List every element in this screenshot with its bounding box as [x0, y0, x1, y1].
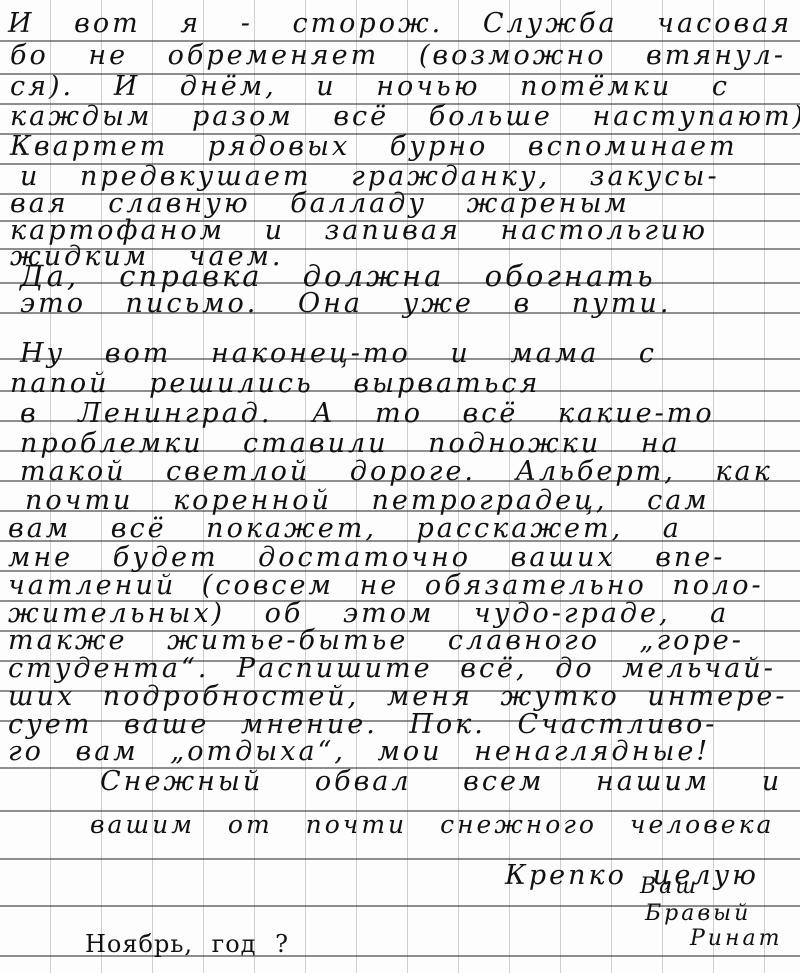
text-line: вам всё покажет, расскажет, а — [8, 515, 682, 542]
text-line: в Ленинград. А то всё какие-то — [20, 400, 715, 427]
text-line: чатлений (совсем не обязательно поло- — [8, 572, 764, 599]
text-line: Ну вот наконец-то и мама с — [20, 340, 657, 367]
date: Ноябрь, год ? — [85, 932, 289, 956]
text-line: также житье-бытье славного „горе- — [8, 627, 744, 654]
text-line: вашим от почти снежного человека — [90, 812, 774, 837]
text-line: Квартет рядовых бурно вспоминает — [10, 133, 738, 160]
signature-line: Ваш — [640, 876, 699, 898]
text-line: такой светлой дороге. Альберт, как — [20, 458, 773, 485]
text-line: бо не обременяет (возможно втянул- — [10, 42, 786, 69]
signature-line: Бравый — [645, 903, 751, 925]
text-line: сует ваше мнение. Пок. Счастливо- — [8, 711, 717, 738]
text-line: ших подробностей, меня жутко интере- — [8, 683, 788, 710]
lined-paper-background: И вот я - сторож. Служба часовая осо- бо… — [0, 0, 800, 973]
text-line: папой решились вырваться — [10, 370, 540, 397]
text-line: мне будет достаточно ваших впе- — [8, 544, 725, 571]
closing: Крепко целую — [505, 862, 759, 889]
text-line: вая славную балладу жареным — [10, 190, 630, 217]
text-line: студента“. Распишите всё, до мельчай- — [8, 655, 776, 682]
text-line: проблемки ставили подножки на — [20, 430, 681, 457]
text-line: жительных) об этом чудо-граде, а — [8, 600, 729, 627]
text-line: И вот я - сторож. Служба часовая осо- — [8, 10, 800, 37]
text-line: каждым разом всё больше наступают) — [10, 103, 800, 130]
signature-line: Ринат — [690, 928, 782, 950]
text-line: это письмо. Она уже в пути. — [20, 290, 671, 317]
text-line: Да, справка должна обогнать — [20, 262, 656, 291]
text-line: почти коренной петроградец, сам — [25, 487, 710, 514]
text-line: Снежный обвал всем нашим и — [100, 768, 782, 795]
text-line: го вам „отдыха“, мои ненаглядные! — [8, 738, 710, 765]
text-line: ся). И днём, и ночью потёмки с — [10, 73, 730, 100]
text-line: и предвкушает гражданку, закусы- — [20, 163, 720, 190]
text-line: картофаном и запивая настольгию — [10, 217, 708, 244]
